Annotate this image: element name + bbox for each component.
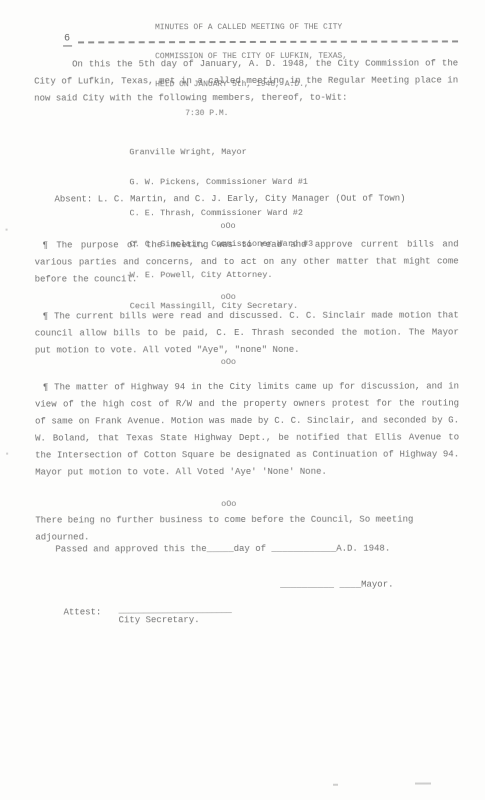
section-separator: oOo [0, 356, 457, 367]
attendee-line: Granville Wright, Mayor [129, 146, 313, 157]
attendee-line: C. E. Thrash, Commissioner Ward #2 [129, 208, 313, 219]
header-line: 7:30 P.M. [155, 108, 347, 118]
scan-content: MINUTES OF A CALLED MEETING OF THE CITY … [0, 0, 485, 800]
section-separator: oOo [0, 220, 457, 231]
page-number: 6 [63, 33, 72, 46]
mayor-signature-line: __________ ____Mayor. [280, 580, 393, 590]
scanned-minutes-page: MINUTES OF A CALLED MEETING OF THE CITY … [0, 0, 485, 800]
header-line: MINUTES OF A CALLED MEETING OF THE CITY [155, 23, 347, 33]
dashed-rule [78, 40, 458, 43]
scan-speck [6, 453, 8, 455]
approval-line: Passed and approved this the_____day of … [55, 544, 390, 555]
secretary-label: City Secretary. [119, 615, 232, 625]
section-separator: oOo [0, 291, 457, 302]
minutes-paragraph: ¶ The matter of Highway 94 in the City l… [35, 378, 459, 481]
adjournment-line: There being no further business to come … [35, 511, 459, 546]
scan-speck [6, 229, 8, 231]
opening-paragraph: On this the 5th day of January, A. D. 19… [34, 55, 458, 107]
section-separator: oOo [0, 498, 457, 509]
secretary-signature-line: _______________________ [119, 605, 232, 615]
absent-line: Absent: L. C. Martin, and C. J. Early, C… [54, 194, 405, 205]
page-number-row: 6 [63, 32, 458, 46]
attest-label: Attest: [64, 607, 102, 617]
minutes-paragraph: ¶ The purpose of the meeting was to read… [35, 236, 459, 288]
attendee-line: G. W. Pickens, Commissioner Ward #1 [129, 177, 313, 188]
scan-speck [415, 783, 431, 785]
secretary-signature-block: _______________________ City Secretary. [119, 605, 232, 625]
minutes-paragraph: ¶ The current bills were read and discus… [35, 307, 459, 359]
scan-speck [333, 784, 338, 786]
